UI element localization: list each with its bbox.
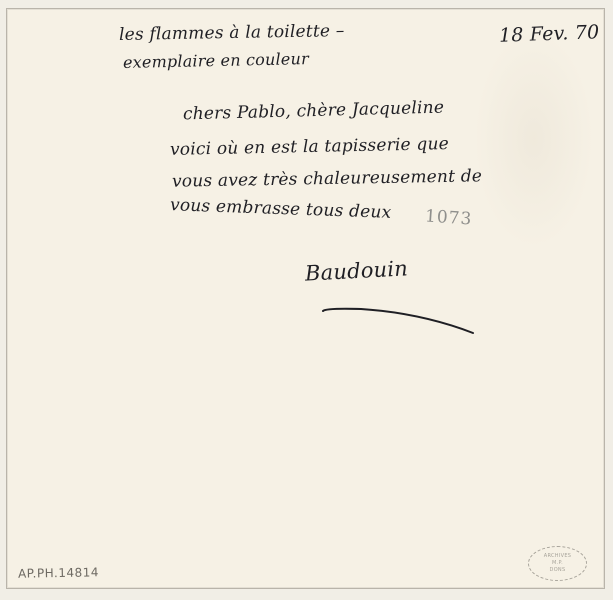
date: 18 Fev. 70 (499, 21, 600, 46)
archive-stamp: ARCHIVES M.P. DONS (528, 546, 587, 581)
stamp-line-2: M.P. (529, 560, 586, 567)
signature: Baudouin (304, 256, 408, 285)
note-card: les flammes à la toilette – exemplaire e… (6, 8, 605, 589)
body-line-3: vous avez très chaleureusement de (172, 166, 482, 191)
stamp-line-3: DONS (529, 567, 586, 574)
body-line-1: chers Pablo, chère Jacqueline (183, 98, 445, 125)
signature-underline-icon (321, 307, 475, 337)
archive-number-stamp: 1073 (424, 206, 473, 229)
body-line-2: voici où en est la tapisserie que (170, 134, 449, 160)
header-line-2: exemplaire en couleur (123, 49, 309, 72)
inventory-number: AP.PH.14814 (18, 565, 99, 580)
stamp-line-1: ARCHIVES (529, 553, 586, 560)
body-line-4: vous embrasse tous deux (170, 195, 392, 223)
header-line-1: les flammes à la toilette – (119, 21, 345, 45)
